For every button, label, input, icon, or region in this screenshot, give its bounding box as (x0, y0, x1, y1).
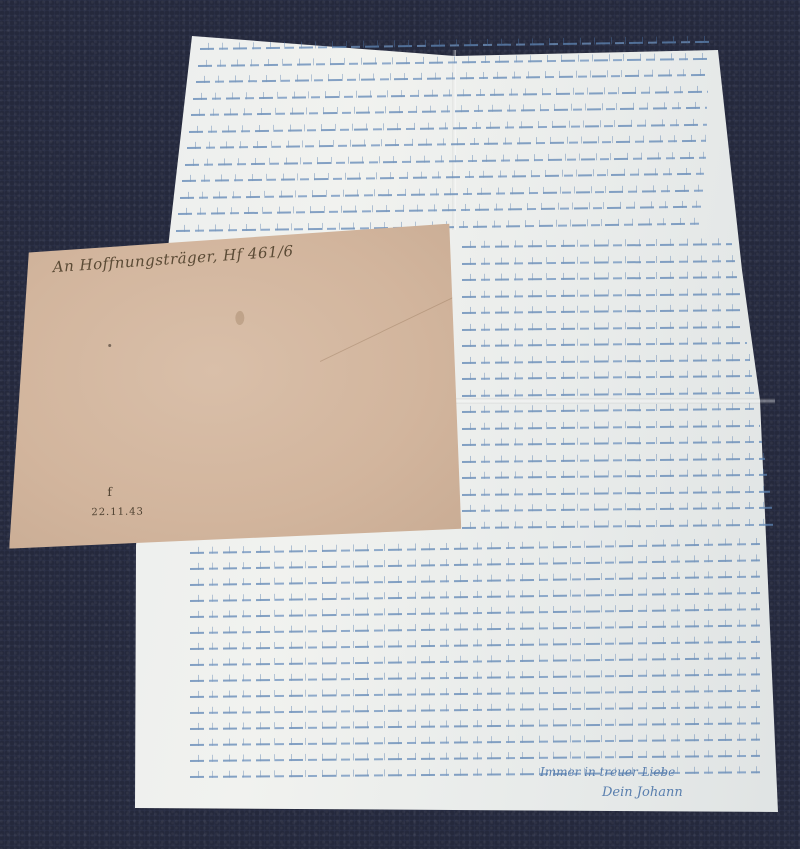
handwriting-line (190, 576, 760, 586)
handwriting-line (462, 424, 760, 429)
envelope-dot (108, 344, 111, 347)
handwriting-line (190, 608, 760, 618)
handwriting-line (462, 243, 732, 248)
handwriting-line (190, 673, 760, 682)
handwriting-line (191, 107, 707, 116)
handwriting-line (462, 375, 752, 380)
handwriting-line (462, 474, 767, 479)
handwriting-line (462, 523, 775, 528)
handwriting-line (190, 755, 760, 762)
handwriting-line (462, 293, 740, 298)
handwriting-line (462, 309, 742, 314)
envelope-mark: f (107, 485, 112, 499)
envelope-stain (235, 311, 244, 325)
handwriting-line (187, 140, 706, 149)
handwriting-line (190, 657, 760, 666)
handwriting-line (190, 641, 760, 650)
handwriting-line (190, 690, 760, 698)
handwriting-line (190, 722, 760, 730)
envelope: An Hoffnungsträger, Hf 461/6 f 22.11.43 (9, 223, 463, 548)
envelope-flap (320, 223, 461, 361)
handwriting-line (462, 457, 765, 462)
handwriting-line (462, 391, 755, 396)
handwriting-line (462, 441, 762, 446)
handwriting-line (178, 206, 703, 215)
handwriting-line (182, 173, 704, 182)
handwriting-line (462, 358, 750, 363)
handwriting-line (193, 90, 707, 99)
envelope-date: 22.11.43 (91, 506, 144, 518)
handwriting-line (462, 326, 745, 331)
handwriting-line (190, 706, 760, 714)
handwriting-line (200, 41, 710, 50)
handwriting-line (190, 625, 760, 634)
handwriting-line (462, 490, 770, 495)
handwriting-line (190, 559, 760, 570)
handwriting-line (462, 260, 735, 265)
handwriting-line (462, 408, 757, 413)
handwriting-line (190, 592, 760, 602)
handwriting-line (180, 189, 703, 198)
letter-signature: Dein Johann (602, 785, 683, 800)
handwriting-line (190, 543, 760, 554)
handwriting-line (198, 57, 709, 66)
handwriting-line (462, 342, 747, 347)
handwriting-line (196, 74, 709, 83)
handwriting-line (462, 507, 772, 512)
handwriting-line (189, 123, 706, 132)
letter-closing: Immer in treuer Liebe (540, 765, 675, 779)
handwriting-line (190, 739, 760, 746)
handwriting-line (185, 156, 705, 165)
handwriting-line (462, 276, 737, 281)
